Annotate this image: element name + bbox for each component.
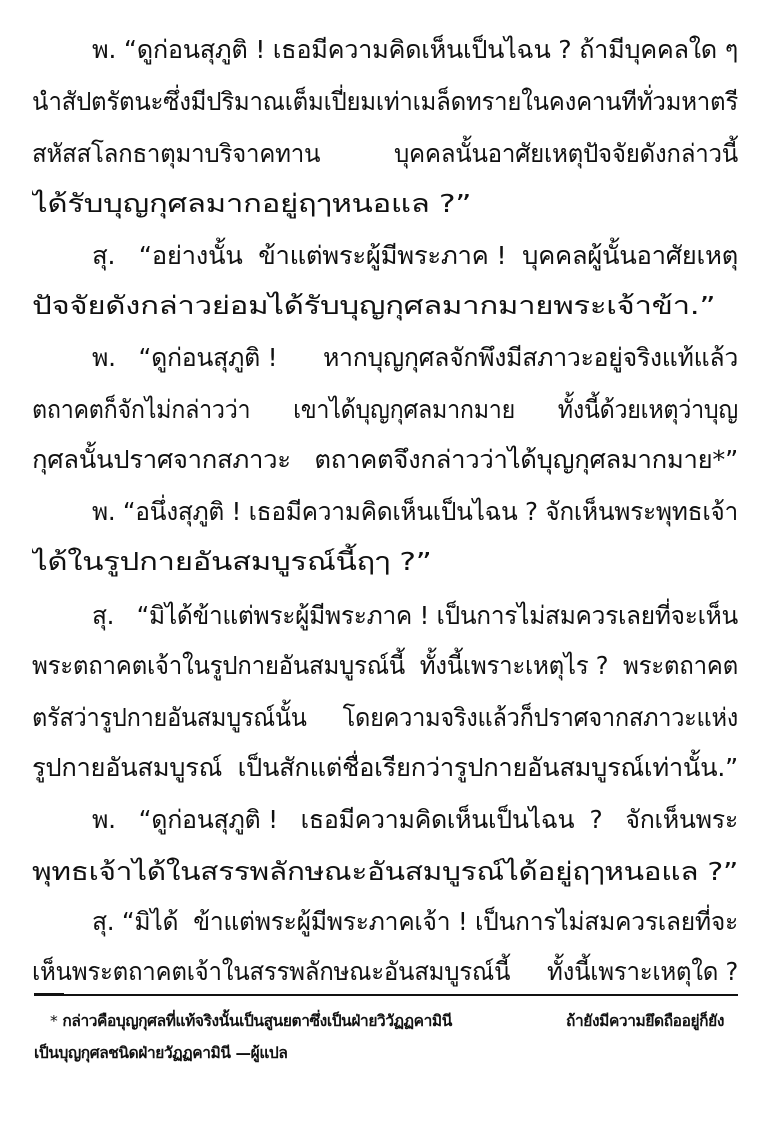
text-line: พ. “ดูก่อนสุภูติ ! หากบุญกุศลจักพึงมีสภา…: [92, 338, 738, 378]
footnote-marker: *: [50, 1012, 57, 1030]
footnote-divider: [34, 994, 738, 996]
text-line: พ. “ดูก่อนสุภูติ ! เธอมีความคิดเห็นเป็นไ…: [92, 30, 738, 70]
text-line: พระตถาคตเจ้าในรูปกายอันสมบูรณ์นี้ ทั้งนี…: [32, 646, 738, 686]
text-line: สุ. “มิได้ข้าแต่พระผู้มีพระภาค ! เป็นการ…: [92, 596, 738, 636]
text-line: สุ. “อย่างนั้น ข้าแต่พระผู้มีพระภาค ! บุ…: [92, 236, 738, 276]
text-line: พ. “ดูก่อนสุภูติ ! เธอมีความคิดเห็นเป็นไ…: [92, 800, 738, 840]
text-line: ตถาคตก็จักไม่กล่าวว่า เขาได้บุญกุศลมากมา…: [32, 390, 738, 430]
text-line: ตรัสว่ารูปกายอันสมบูรณ์นั้น โดยความจริงแ…: [32, 698, 738, 738]
footnote-line-1: * กล่าวคือบุญกุศลที่แท้จริงนั้นเป็นสูนยต…: [50, 1008, 452, 1034]
text-line: นำสัปตรัตนะซึ่งมีปริมาณเต็มเปี่ยมเท่าเมล…: [32, 82, 738, 122]
footnote-line-2: เป็นบุญกุศลชนิดฝ่ายวัฏฏคามินี —ผู้แปล: [34, 1040, 287, 1066]
footnote-text: เป็นบุญกุศลชนิดฝ่ายวัฏฏคามินี —ผู้แปล: [34, 1044, 287, 1062]
text-line: ได้รับบุญกุศลมากอยู่ฤๅหนอแล ?”: [32, 184, 738, 224]
footnote-line-1-end: ถ้ายังมีความยึดถืออยู่ก็ยัง: [566, 1008, 724, 1034]
text-line: เห็นพระตถาคตเจ้าในสรรพลักษณะอันสมบูรณ์นี…: [32, 952, 738, 992]
footnote-text: กล่าวคือบุญกุศลที่แท้จริงนั้นเป็นสูนยตาซ…: [62, 1012, 452, 1030]
text-line: สหัสสโลกธาตุมาบริจาคทาน บุคคลนั้นอาศัยเห…: [32, 134, 738, 174]
text-line: กุศลนั้นปราศจากสภาวะ ตถาคตจึงกล่าวว่าได้…: [32, 440, 738, 480]
text-line: พุทธเจ้าได้ในสรรพลักษณะอันสมบูรณ์ได้อยู่…: [32, 852, 738, 892]
text-line: พ. “อนึ่งสุภูติ ! เธอมีความคิดเห็นเป็นไฉ…: [92, 492, 738, 532]
scanned-page: พ. “ดูก่อนสุภูติ ! เธอมีความคิดเห็นเป็นไ…: [0, 0, 780, 1128]
text-line: สุ. “มิได้ ข้าแต่พระผู้มีพระภาคเจ้า ! เป…: [92, 902, 738, 942]
footnote-text: ถ้ายังมีความยึดถืออยู่ก็ยัง: [566, 1012, 724, 1030]
text-line: ได้ในรูปกายอันสมบูรณ์นี้ฤๅ ?”: [32, 542, 738, 582]
text-line: รูปกายอันสมบูรณ์ เป็นสักแต่ชื่อเรียกว่าร…: [32, 748, 738, 788]
text-line: ปัจจัยดังกล่าวย่อมได้รับบุญกุศลมากมายพระ…: [32, 286, 738, 326]
